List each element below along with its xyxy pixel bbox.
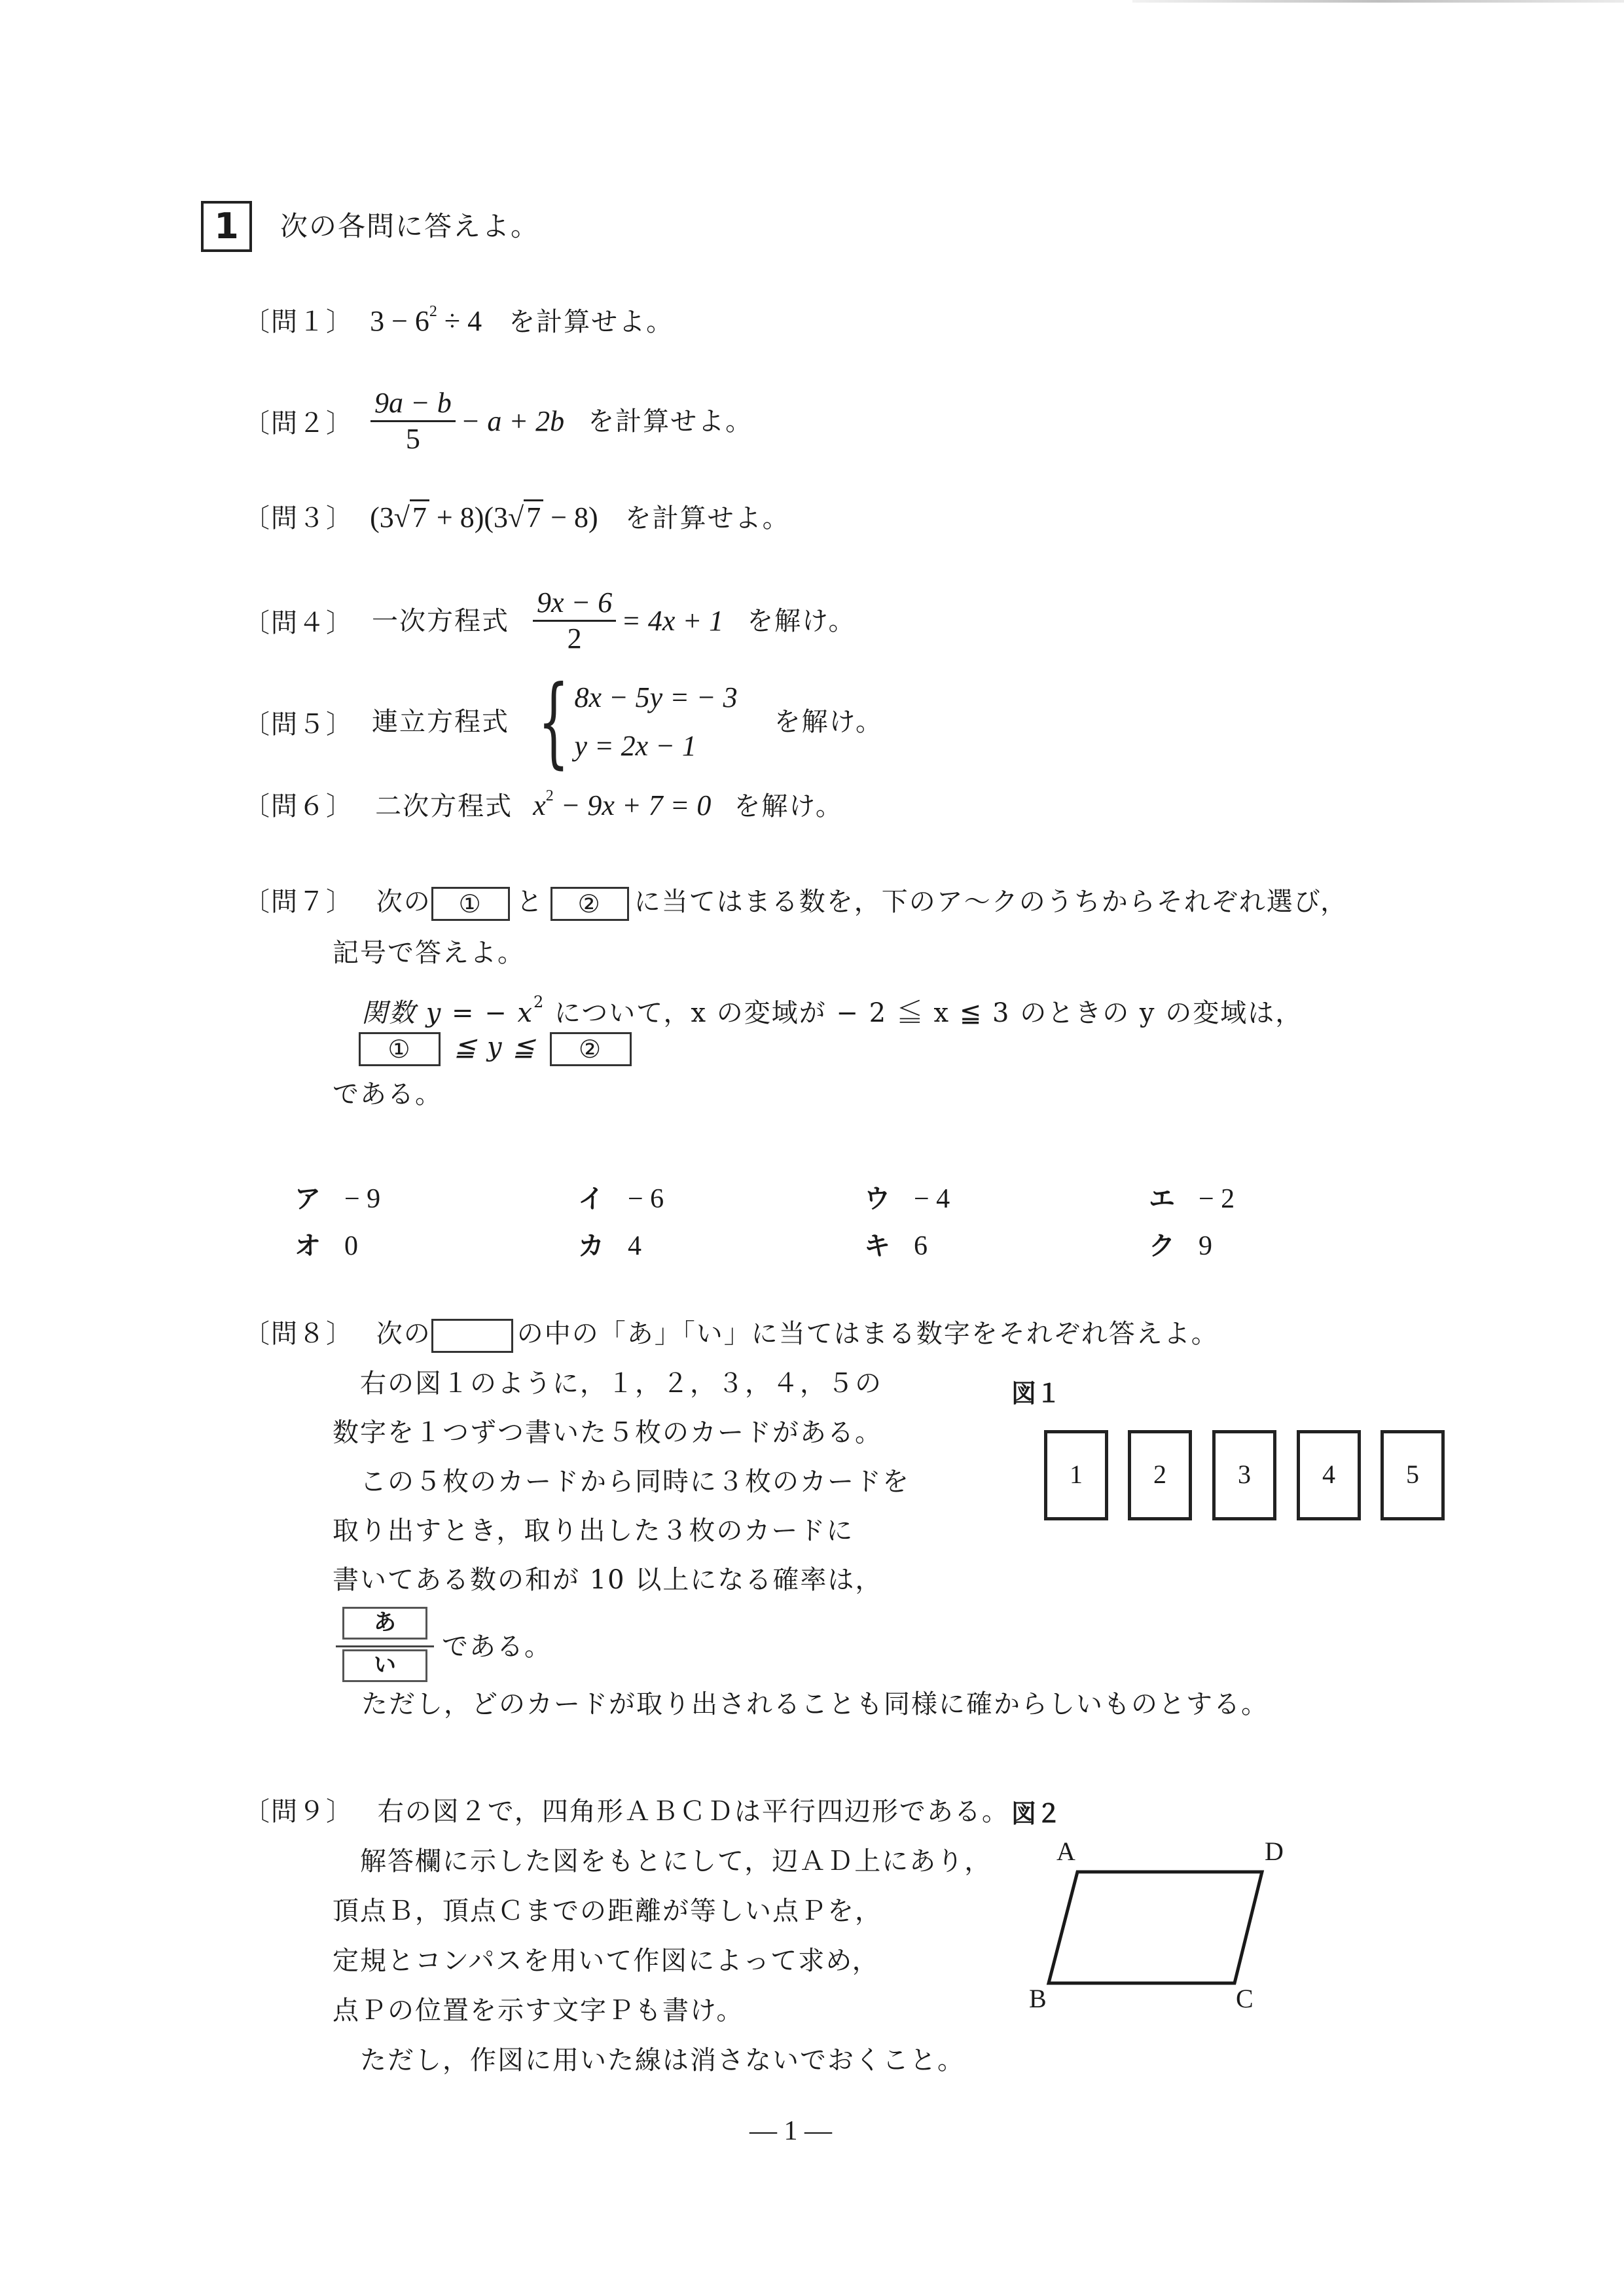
section-number-box: 1 bbox=[201, 201, 252, 252]
vertex-c-label: C bbox=[1236, 1983, 1254, 2014]
q6-expression: x2 − 9x + 7 = 0 bbox=[533, 789, 711, 821]
question-8-line-1: 〔問８〕 次のの中の「あ」「い」に当てはまる数字をそれぞれ答えよ。 bbox=[244, 1316, 1219, 1353]
q8-body-line-2: 数字を１つずつ書いた５枚のカードがある。 bbox=[333, 1414, 882, 1451]
q6-instruction: を解け。 bbox=[734, 791, 842, 821]
choice-ki: キ6 bbox=[864, 1225, 928, 1263]
q8-body-line-1: 右の図１のように，１，２，３，４，５の bbox=[333, 1365, 882, 1402]
card-1: 1 bbox=[1044, 1430, 1108, 1520]
question-5: 〔問５〕 連立方程式 { 8x − 5y = − 3 y = 2x − 1 を解… bbox=[244, 673, 883, 771]
vertex-a-label: A bbox=[1056, 1836, 1075, 1867]
scan-edge-shadow bbox=[1132, 0, 1624, 3]
blank-2: ② bbox=[550, 887, 629, 921]
vertex-b-label: B bbox=[1029, 1983, 1047, 2014]
q6-equation-type: 二次方程式 bbox=[375, 791, 513, 821]
question-label: 〔問３〕 bbox=[244, 503, 353, 533]
q4-fraction: 9x − 6 2 bbox=[533, 586, 616, 656]
blank-1: ① bbox=[431, 887, 510, 921]
q9-body-line-1: 解答欄に示した図をもとにして，辺ＡＤ上にあり， bbox=[333, 1843, 992, 1880]
q4-equation-type: 一次方程式 bbox=[372, 603, 509, 639]
question-9-line-1: 〔問９〕 右の図２で，四角形ＡＢＣＤは平行四辺形である。 bbox=[244, 1793, 1009, 1830]
question-6: 〔問６〕 二次方程式 x2 − 9x + 7 = 0 を解け。 bbox=[244, 785, 843, 825]
q5-equation-1: 8x − 5y = − 3 bbox=[574, 673, 737, 722]
question-1: 〔問１〕 3 − 62 ÷ 4 を計算せよ。 bbox=[244, 301, 674, 340]
q8-note: ただし，どのカードが取り出されることも同様に確からしいものとする。 bbox=[333, 1686, 1269, 1723]
parallelogram-shape bbox=[1049, 1872, 1262, 1983]
answer-blank bbox=[431, 1319, 513, 1353]
question-7-line-5: である。 bbox=[333, 1076, 442, 1113]
card-2: 2 bbox=[1128, 1430, 1192, 1520]
q8-body-line-5: 書いてある数の和が 10 以上になる確率は， bbox=[333, 1562, 882, 1598]
blank-1: ① bbox=[359, 1032, 441, 1066]
answer-box-i: い bbox=[342, 1649, 427, 1682]
q2-expression-rest: − a + 2b bbox=[461, 404, 564, 438]
q4-instruction: を解け。 bbox=[747, 603, 856, 639]
answer-box-a: あ bbox=[342, 1607, 427, 1640]
q9-body-line-3: 定規とコンパスを用いて作図によって求め， bbox=[333, 1943, 880, 1979]
q9-body-line-2: 頂点Ｂ，頂点Ｃまでの距離が等しい点Ｐを， bbox=[333, 1893, 882, 1929]
q5-equation-type: 連立方程式 bbox=[372, 704, 509, 740]
fraction-bar bbox=[336, 1645, 434, 1647]
question-label: 〔問５〕 bbox=[244, 704, 353, 741]
choice-ka: カ4 bbox=[578, 1225, 641, 1263]
q1-instruction: を計算せよ。 bbox=[509, 307, 674, 337]
question-label: 〔問２〕 bbox=[244, 403, 353, 440]
page-number: ― 1 ― bbox=[749, 2115, 832, 2147]
question-label: 〔問８〕 bbox=[244, 1319, 353, 1349]
question-7-range: ① ≦ y ≦ ② bbox=[359, 1029, 632, 1066]
question-label: 〔問１〕 bbox=[244, 307, 353, 337]
question-7-line-1: 〔問７〕 次の①と②に当てはまる数を，下のア〜クのうちからそれぞれ選び， bbox=[244, 884, 1348, 921]
question-4: 〔問４〕 一次方程式 9x − 6 2 = 4x + 1 を解け。 bbox=[244, 586, 856, 656]
question-label: 〔問７〕 bbox=[244, 887, 353, 917]
q8-body-line-4: 取り出すとき，取り出した３枚のカードに bbox=[333, 1513, 854, 1549]
q9-body-line-4: 点Ｐの位置を示す文字Ｐも書け。 bbox=[333, 1992, 744, 2029]
card-4: 4 bbox=[1297, 1430, 1361, 1520]
question-label: 〔問６〕 bbox=[244, 791, 353, 821]
choice-i: イ− 6 bbox=[578, 1178, 664, 1215]
blank-2: ② bbox=[550, 1032, 632, 1066]
question-label: 〔問４〕 bbox=[244, 602, 353, 639]
q3-expression: (3√7 + 8)(3√7 − 8) bbox=[370, 501, 605, 533]
choice-u: ウ− 4 bbox=[864, 1178, 950, 1215]
choice-ku: ク9 bbox=[1149, 1225, 1212, 1263]
q2-instruction: を計算せよ。 bbox=[588, 403, 753, 440]
q8-fraction-tail: である。 bbox=[442, 1628, 552, 1665]
q2-fraction: 9a − b 5 bbox=[370, 386, 456, 456]
card-3: 3 bbox=[1212, 1430, 1276, 1520]
choice-o: オ0 bbox=[295, 1225, 358, 1263]
question-label: 〔問９〕 bbox=[244, 1797, 353, 1827]
q3-instruction: を計算せよ。 bbox=[625, 503, 790, 533]
q5-equations: 8x − 5y = − 3 y = 2x − 1 bbox=[574, 673, 737, 770]
question-3: 〔問３〕 (3√7 + 8)(3√7 − 8) を計算せよ。 bbox=[244, 497, 790, 537]
vertex-d-label: D bbox=[1265, 1836, 1284, 1867]
q9-body-line-5: ただし，作図に用いた線は消さないでおくこと。 bbox=[333, 2042, 965, 2079]
question-7-line-2: 記号で答えよ。 bbox=[333, 935, 525, 971]
choice-e: エ− 2 bbox=[1149, 1178, 1235, 1215]
choice-a: ア− 9 bbox=[295, 1178, 380, 1215]
q4-expression-rest: = 4x + 1 bbox=[621, 604, 723, 637]
question-7-function: 関数 y = − x2 について，x の変域が − 2 ≦ x ≦ 3 のときの… bbox=[361, 984, 1303, 1031]
card-5: 5 bbox=[1380, 1430, 1445, 1520]
q5-equation-2: y = 2x − 1 bbox=[574, 722, 737, 770]
system-brace: { bbox=[538, 673, 569, 771]
question-2: 〔問２〕 9a − b 5 − a + 2b を計算せよ。 bbox=[244, 386, 753, 456]
q5-instruction: を解け。 bbox=[774, 704, 883, 740]
figure-1-label: 図１ bbox=[1011, 1373, 1061, 1409]
section-instruction: 次の各問に答えよ。 bbox=[280, 208, 539, 245]
q1-expression: 3 − 62 ÷ 4 bbox=[370, 305, 482, 337]
q8-body-line-3: この５枚のカードから同時に３枚のカードを bbox=[333, 1463, 910, 1500]
